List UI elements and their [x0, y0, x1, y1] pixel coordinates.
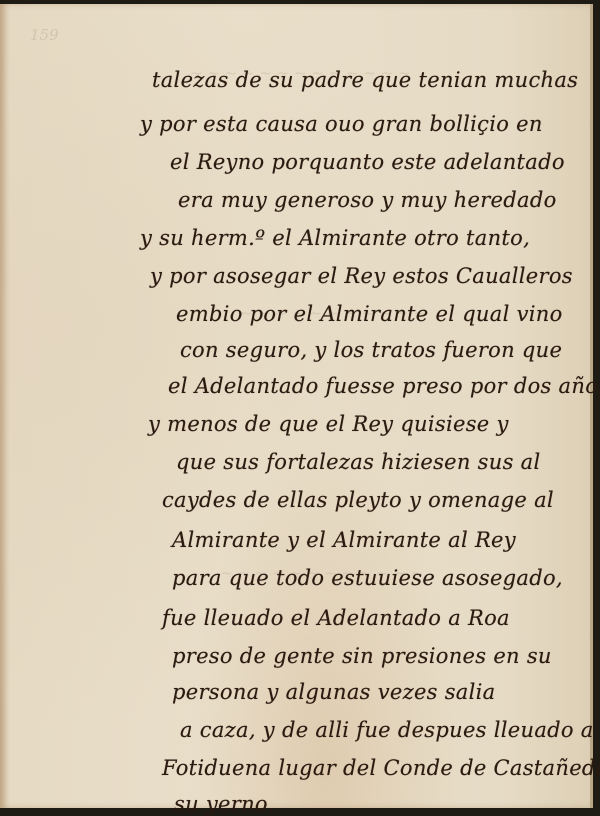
text-line-4: era muy generoso y muy heredado [178, 188, 557, 212]
text-line-18: a caza, y de alli fue despues lleuado a [180, 718, 594, 742]
text-line-6: y por asosegar el Rey estos Caualleros [150, 264, 573, 288]
text-line-17: persona y algunas vezes salia [172, 680, 495, 704]
text-line-19: Fotiduena lugar del Conde de Castañeda [162, 756, 600, 780]
text-line-12: caydes de ellas pleyto y omenage al [162, 488, 554, 512]
text-line-11: que sus fortalezas hiziesen sus al [176, 450, 540, 474]
text-line-8: con seguro, y los tratos fueron que [180, 338, 562, 362]
text-line-7: embio por el Almirante el qual vino [176, 302, 563, 326]
text-line-9: el Adelantado fuesse preso por dos años [168, 374, 600, 398]
text-line-1: talezas de su padre que tenian muchas [152, 68, 578, 92]
text-line-20: su yerno. [174, 792, 274, 814]
text-line-5: y su herm.º el Almirante otro tanto, [140, 226, 530, 250]
text-line-3: el Reyno porquanto este adelantado [170, 150, 565, 174]
text-line-2: y por esta causa ouo gran bolliçio en [140, 112, 543, 136]
text-line-16: preso de gente sin presiones en su [172, 644, 552, 668]
manuscript-page: 159 ~ ~ ~ ~ ~ ~ ~ ~ ~ ~ ~ ~ ~ ~ ~ ~ ~ ~ … [0, 4, 593, 808]
text-line-14: para que todo estuuiese asosegado, [172, 566, 563, 590]
text-line-15: fue lleuado el Adelantado a Roa [162, 606, 510, 630]
text-line-10: y menos de que el Rey quisiese y [148, 412, 509, 436]
manuscript-text: talezas de su padre que tenian muchas y … [0, 4, 590, 808]
text-line-13: Almirante y el Almirante al Rey [172, 528, 516, 552]
